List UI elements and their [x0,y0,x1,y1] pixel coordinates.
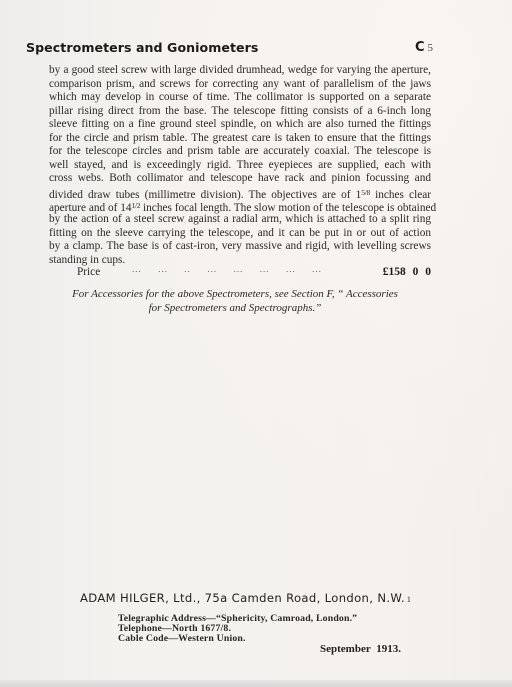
leader: ... [260,264,270,274]
note-line: for Spectrometers and Spectrographs.” [70,301,400,315]
publication-date: September 1913. [320,643,401,655]
scanned-page: Spectrometers and Goniometers C5 by a go… [0,0,512,687]
running-head: Spectrometers and Goniometers C5 [26,40,436,56]
description-paragraph: by a good steel screw with large divided… [49,64,431,267]
paragraph-line: by a good steel screw with large divided… [49,64,431,78]
contact-block: Telegraphic Address—“Sphericity, Camroad… [118,614,357,645]
paragraph-line: by the action of a steel screw against a… [49,213,431,227]
fraction: 5/8 [361,188,370,197]
paragraph-line: aperture and of 141/2 inches focal lengt… [49,199,431,213]
leader: ... [286,264,296,274]
publisher-imprint: ADAM HILGER, Ltd., 75a Camden Road, Lond… [80,591,411,605]
paragraph-line: comparison prism, and screws for correct… [49,78,431,92]
accessories-note: For Accessories for the above Spectromet… [70,287,400,315]
note-line: For Accessories for the above Spectromet… [70,287,400,301]
fraction: 1/2 [132,201,141,210]
dot-leaders: ... ... .. ... ... ... ... ... [132,264,322,274]
leader: ... [132,264,142,274]
paragraph-line: cross webs. Both collimator and telescop… [49,172,431,186]
paragraph-line: by a clamp. The base is of cast-iron, ve… [49,240,431,254]
paragraph-line: well stayed, and is exceedingly rigid. T… [49,159,431,173]
paragraph-line: pillar rising direct from the base. The … [49,105,431,119]
price-label: Price [77,266,100,278]
price-value: £158 0 0 [383,266,431,278]
leader: ... [234,264,244,274]
publisher-address: ADAM HILGER, Ltd., 75a Camden Road, Lond… [80,591,405,605]
page-number: C5 [415,40,433,55]
section-title: Spectrometers and Goniometers [26,40,258,55]
page-number-value: 5 [428,42,434,54]
paragraph-line: which may develop in course of time. The… [49,91,431,105]
price-row: Price ... ... .. ... ... ... ... ... £15… [77,266,431,280]
leader: ... [207,264,217,274]
paragraph-line: for the telescope circles and prism tabl… [49,145,431,159]
leader: ... [312,264,322,274]
section-letter: C [415,40,425,55]
scan-edge [0,680,512,687]
paragraph-line: fitting on the sleeve carrying the teles… [49,227,431,241]
paragraph-line: sleeve fitting on a fine ground steel sp… [49,118,431,132]
paragraph-line: divided draw tubes (millimetre division)… [49,186,431,200]
paragraph-line: for the circle and prism table. The grea… [49,132,431,146]
postal-district: 1 [407,595,411,604]
leader: ... [158,264,168,274]
leader: .. [184,264,191,274]
